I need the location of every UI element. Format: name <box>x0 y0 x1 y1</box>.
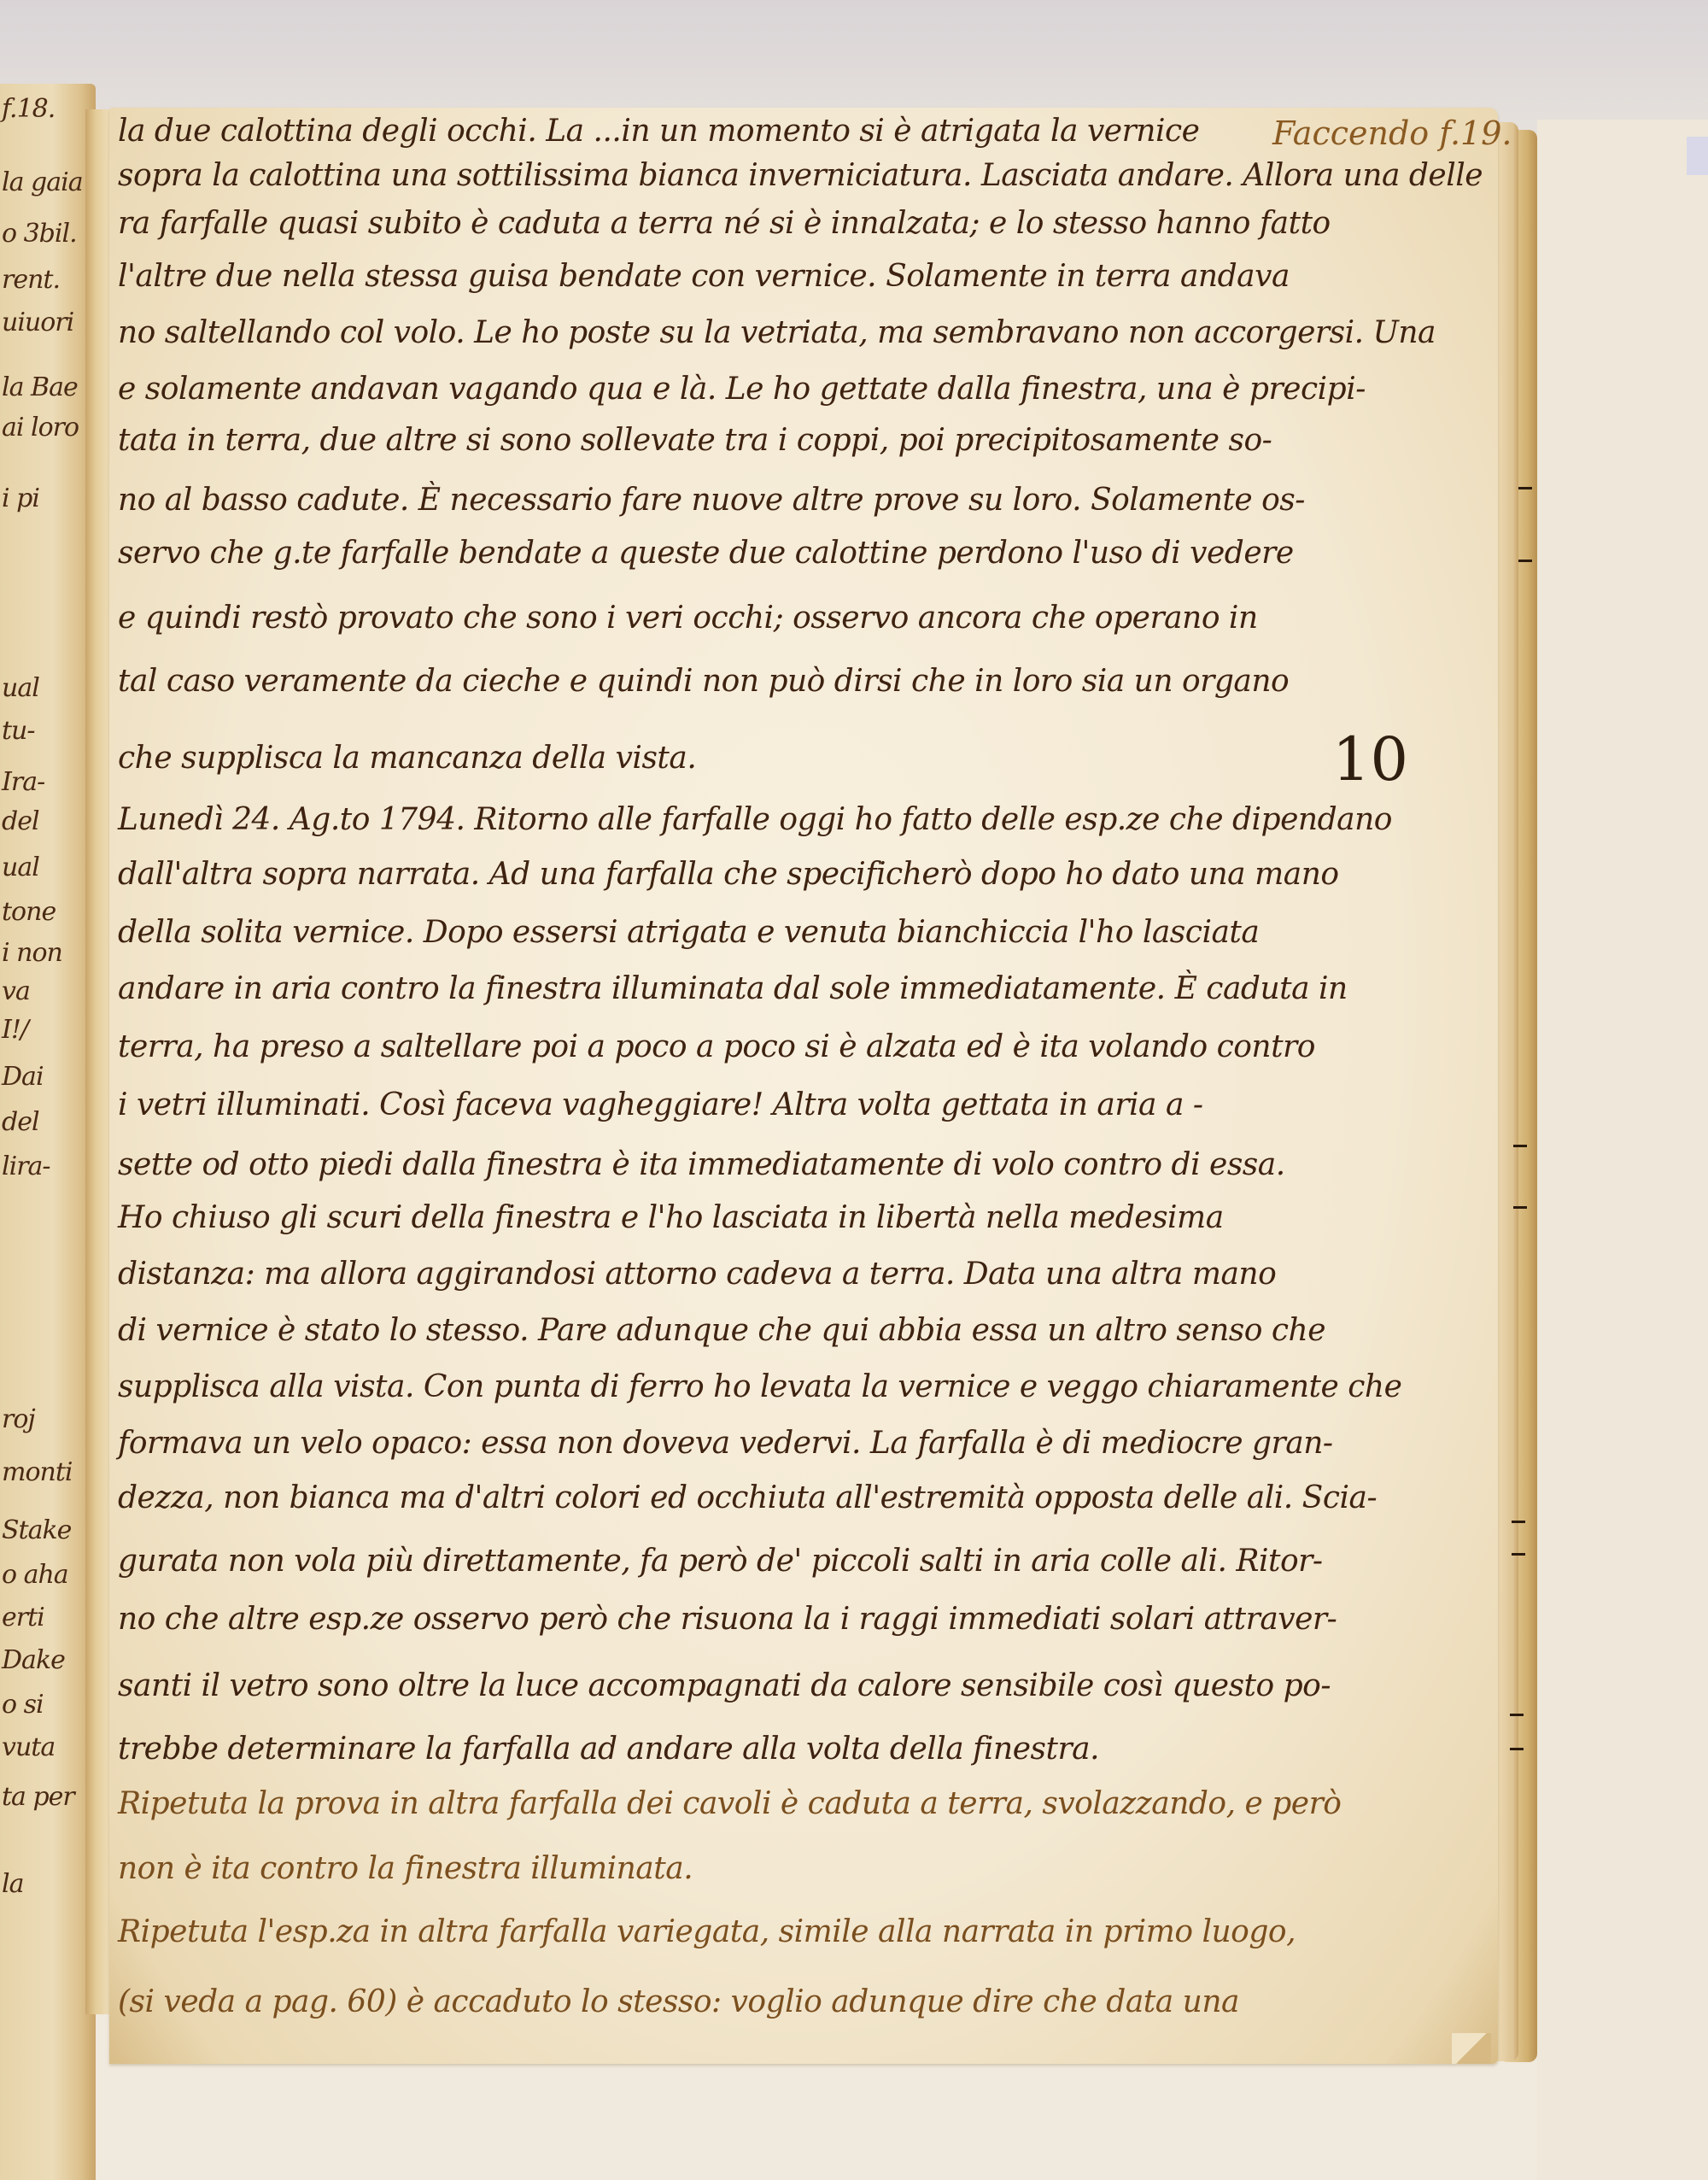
text-line: ra farfalle quasi subito è caduta a terr… <box>118 208 1331 239</box>
background-wall <box>1537 120 1708 2180</box>
text-line: l'altre due nella stessa guisa bendate c… <box>118 261 1290 292</box>
text-line: gurata non vola più direttamente, fa per… <box>118 1546 1323 1577</box>
left-fragment: o 3bil. <box>2 219 77 249</box>
text-line: di vernice è stato lo stesso. Pare adunq… <box>118 1316 1325 1346</box>
left-fragment: erti <box>2 1603 44 1632</box>
left-fragment: va <box>2 976 30 1006</box>
text-line: non è ita contro la finestra illuminata. <box>118 1854 693 1884</box>
left-fragment: Stake <box>2 1515 71 1545</box>
left-fragment: tone <box>2 897 56 927</box>
text-line: no saltellando col volo. Le ho poste su … <box>118 318 1436 349</box>
left-fragment: Dake <box>2 1645 65 1675</box>
left-fragment: ta per <box>2 1782 74 1812</box>
text-line: trebbe determinare la farfalla ad andare… <box>118 1734 1099 1765</box>
left-fragment: del <box>2 1107 39 1137</box>
left-fragment: uiuori <box>2 308 73 337</box>
text-line: sette od otto piedi dalla finestra è ita… <box>118 1150 1285 1181</box>
background-tab <box>1687 137 1708 175</box>
left-fragment: monti <box>2 1457 72 1487</box>
left-fragment: ai loro <box>2 413 79 442</box>
text-line: (si veda a pag. 60) è accaduto lo stesso… <box>118 1987 1239 2018</box>
book-gutter <box>85 109 111 2014</box>
left-fragment: roj <box>2 1404 35 1434</box>
text-line: e solamente andavan vagando qua e là. Le… <box>118 374 1366 405</box>
text-line: della solita vernice. Dopo essersi atrig… <box>118 917 1259 948</box>
text-line: servo che g.te farfalle bendate a queste… <box>118 538 1294 569</box>
left-fragment: I!/ <box>2 1015 28 1045</box>
left-fragment: Dai <box>2 1062 44 1092</box>
text-line: i vetri illuminati. Così faceva vagheggi… <box>118 1090 1203 1121</box>
left-fragment: tu- <box>2 716 35 746</box>
text-line: che supplisca la mancanza della vista. <box>118 743 696 774</box>
text-line: terra, ha preso a saltellare poi a poco … <box>118 1032 1315 1063</box>
left-fragment: la Bae <box>2 372 78 402</box>
text-line: Ripetuta l'esp.za in altra farfalla vari… <box>118 1917 1296 1948</box>
left-fragment: ual <box>2 673 39 703</box>
left-fragment: ual <box>2 853 39 882</box>
stamped-page-number: 10 <box>1332 724 1408 794</box>
left-fragment: Ira- <box>2 767 44 797</box>
text-line: santi il vetro sono oltre la luce accomp… <box>118 1671 1331 1702</box>
text-line: no al basso cadute. È necessario fare nu… <box>118 485 1305 516</box>
ink-bleed-mark <box>1518 560 1532 562</box>
left-fragment: o aha <box>2 1560 68 1590</box>
left-page: f.18. la gaia o 3bil. rent. uiuori la Ba… <box>0 84 96 2180</box>
left-fragment: o si <box>2 1690 44 1720</box>
text-line: tata in terra, due altre si sono solleva… <box>118 425 1272 456</box>
text-line: e quindi restò provato che sono i veri o… <box>118 603 1258 634</box>
left-fragment: lira- <box>2 1152 50 1181</box>
text-line: Ho chiuso gli scuri della finestra e l'h… <box>118 1203 1224 1234</box>
left-fragment: del <box>2 806 39 836</box>
text-line: la due calottina degli occhi. La ...in u… <box>118 116 1199 147</box>
left-fragment: i pi <box>2 483 39 513</box>
manuscript-page: Faccendo f.19. la due calottina degli oc… <box>109 108 1498 2064</box>
text-line: sopra la calottina una sottilissima bian… <box>118 161 1483 191</box>
ink-bleed-mark <box>1513 1145 1527 1147</box>
left-folio-number: f.18. <box>2 94 55 124</box>
text-line: Ripetuta la prova in altra farfalla dei … <box>118 1789 1341 1820</box>
text-line: no che altre esp.ze osservo però che ris… <box>118 1604 1337 1635</box>
text-line: Lunedì 24. Ag.to 1794. Ritorno alle farf… <box>118 805 1392 835</box>
folded-page-corner <box>1452 2033 1491 2064</box>
left-fragment: la <box>2 1869 23 1899</box>
text-line: andare in aria contro la finestra illumi… <box>118 974 1348 1005</box>
ink-bleed-mark <box>1512 1553 1525 1556</box>
text-line: dall'altra sopra narrata. Ad una farfall… <box>118 859 1339 890</box>
text-line: formava un velo opaco: essa non doveva v… <box>118 1428 1333 1459</box>
ink-bleed-mark <box>1510 1714 1524 1716</box>
folio-number: Faccendo f.19. <box>1272 114 1512 152</box>
text-line: distanza: ma allora aggirandosi attorno … <box>118 1259 1276 1290</box>
ink-bleed-mark <box>1518 487 1532 489</box>
text-line: tal caso veramente da cieche e quindi no… <box>118 666 1289 697</box>
text-line: supplisca alla vista. Con punta di ferro… <box>118 1372 1401 1403</box>
ink-bleed-mark <box>1510 1748 1524 1750</box>
left-fragment: rent. <box>2 265 60 295</box>
ink-bleed-mark <box>1512 1521 1525 1523</box>
left-fragment: la gaia <box>2 167 83 197</box>
left-fragment: i non <box>2 938 62 968</box>
left-fragment: vuta <box>2 1732 55 1762</box>
text-line: dezza, non bianca ma d'altri colori ed o… <box>118 1483 1377 1514</box>
ink-bleed-mark <box>1513 1206 1527 1209</box>
